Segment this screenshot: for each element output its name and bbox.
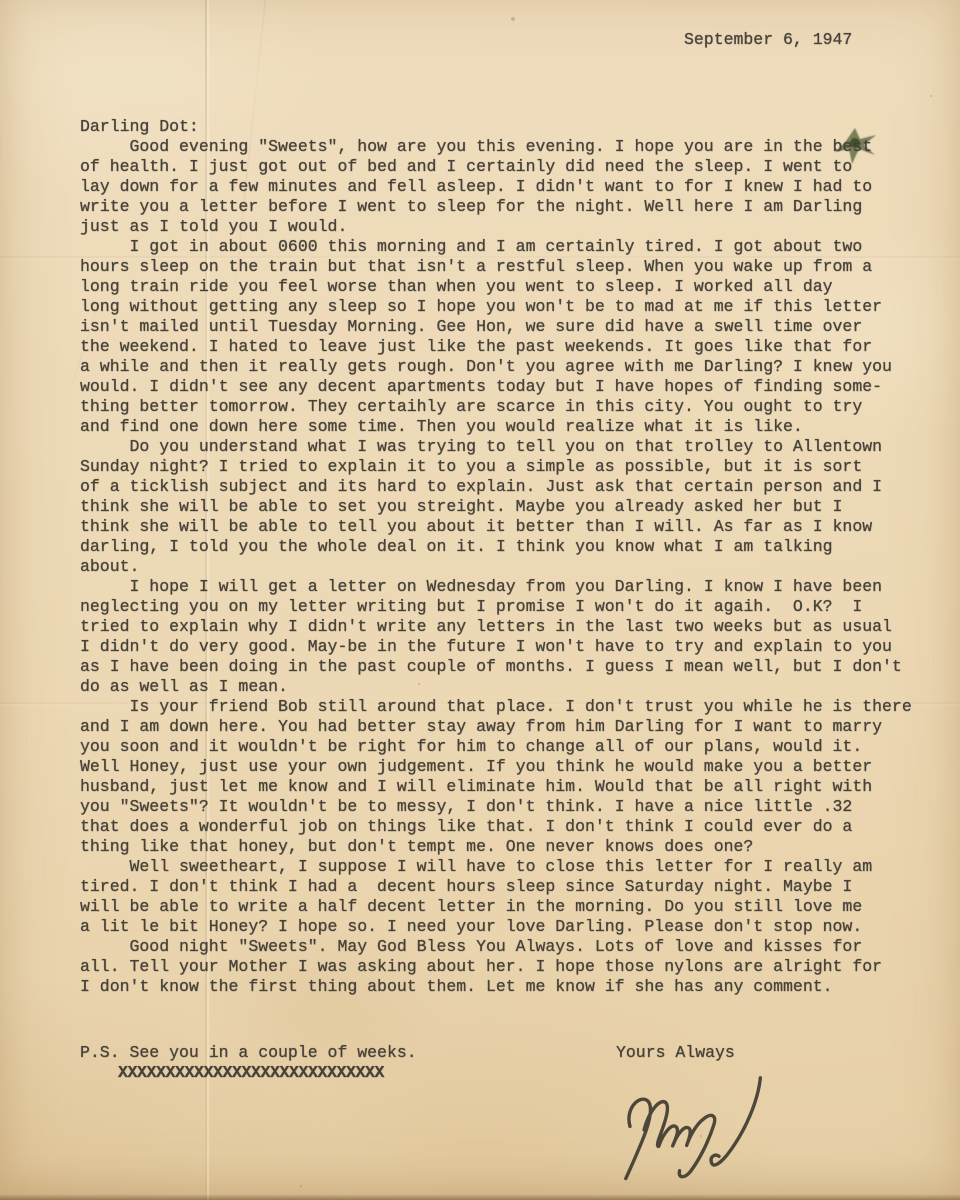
letter-line: you soon and it wouldn't be right for hi… [80, 737, 912, 757]
postscript-text: P.S. See you in a couple of weeks. [80, 1043, 417, 1063]
postscript-block: P.S. See you in a couple of weeks. XXXXX… [80, 1043, 417, 1083]
letter-line: about. [80, 557, 912, 577]
letter-line: long without getting any sleep so I hope… [80, 297, 912, 317]
letter-line: lay down for a few minutes and fell asle… [80, 177, 912, 197]
letter-line: all. Tell your Mother I was asking about… [80, 957, 912, 977]
letter-line: I got in about 0600 this morning and I a… [80, 237, 912, 257]
letter-line: Good evening "Sweets", how are you this … [80, 137, 912, 157]
letter-line: of a ticklish subject and its hard to ex… [80, 477, 912, 497]
postscript-x-row: XXXXXXXXXXXXXXXXXXXXXXXXXXXX [80, 1063, 417, 1083]
letter-line: think she will be able to set you streig… [80, 497, 912, 517]
letter-line: and find one down here some time. Then y… [80, 417, 912, 437]
body-lines: Good evening "Sweets", how are you this … [80, 137, 912, 997]
letter-line: I didn't do very good. May-be in the fut… [80, 637, 912, 657]
letter-line: and I am down here. You had better stay … [80, 717, 912, 737]
paper-bottom-edge [0, 1194, 960, 1200]
letter-line: of health. I just got out of bed and I c… [80, 157, 912, 177]
letter-line: just as I told you I would. [80, 217, 912, 237]
letter-line: a lit le bit Honey? I hope so. I need yo… [80, 917, 912, 937]
letter-line: tried to explain why I didn't write any … [80, 617, 912, 637]
letter-line: write you a letter before I went to slee… [80, 197, 912, 217]
letter-body: Darling Dot: Good evening "Sweets", how … [80, 117, 912, 997]
letter-line: Good night "Sweets". May God Bless You A… [80, 937, 912, 957]
letter-line: do as well as I mean. [80, 677, 912, 697]
letter-line: tired. I don't think I had a decent hour… [80, 877, 912, 897]
letter-line: thing better tomorrow. They certaihly ar… [80, 397, 912, 417]
letter-line: isn't mailed until Tuesday Morning. Gee … [80, 317, 912, 337]
letter-line: Well sweetheart, I suppose I will have t… [80, 857, 912, 877]
letter-line: would. I didn't see any decent apartment… [80, 377, 912, 397]
letter-line: Is your friend Bob still around that pla… [80, 697, 912, 717]
date-line: September 6, 1947 [684, 30, 852, 50]
letter-line: long train ride you feel worse than when… [80, 277, 912, 297]
letter-line: Well Honey, just use your own judgement.… [80, 757, 912, 777]
letter-line: the weekend. I hated to leave just like … [80, 337, 912, 357]
letter-line: Do you understand what I was trying to t… [80, 437, 912, 457]
letter-line: as I have been doing in the past couple … [80, 657, 912, 677]
letter-line: a while and then it really gets rough. D… [80, 357, 912, 377]
signature-stroke [608, 1063, 788, 1189]
letter-line: will be able to write a half decent lett… [80, 897, 912, 917]
letter-line: think she will be able to tell you about… [80, 517, 912, 537]
letter-line: husband, just let me know and I will eli… [80, 777, 912, 797]
signature: Johnny [608, 1063, 788, 1189]
paper-specks [0, 0, 2, 2]
letter-line: darling, I told you the whole deal on it… [80, 537, 912, 557]
letter-line: thing like that honey, but don't tempt m… [80, 837, 912, 857]
letter-line: neglecting you on my letter writing but … [80, 597, 912, 617]
letter-line: that does a wonderful job on things like… [80, 817, 912, 837]
letter-line: I hope I will get a letter on Wednesday … [80, 577, 912, 597]
valediction: Yours Always [616, 1043, 735, 1063]
letter-page: September 6, 1947 Darling Dot: Good even… [0, 0, 960, 1200]
letter-line: you "Sweets"? It wouldn't be to messy, I… [80, 797, 912, 817]
letter-line: hours sleep on the train but that isn't … [80, 257, 912, 277]
letter-line: I don't know the first thing about them.… [80, 977, 912, 997]
salutation: Darling Dot: [80, 117, 912, 137]
letter-line: Sunday night? I tried to explain it to y… [80, 457, 912, 477]
